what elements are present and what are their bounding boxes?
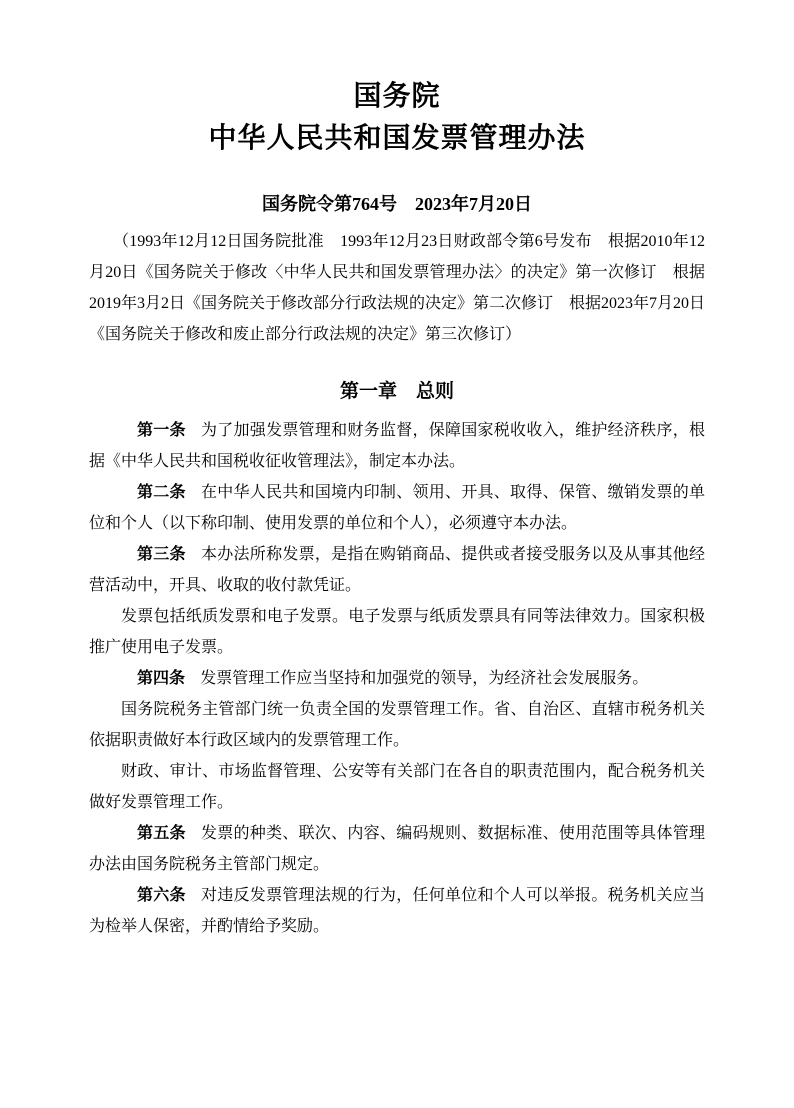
document-page: 国务院 中华人民共和国发票管理办法 国务院令第764号 2023年7月20日 （…: [0, 0, 794, 1108]
articles-section: 第一条为了加强发票管理和财务监督，保障国家税收收入，维护经济秩序，根据《中华人民…: [89, 415, 705, 942]
revision-history: （1993年12月12日国务院批准 1993年12月23日财政部令第6号发布 根…: [89, 226, 705, 350]
article-label: 第四条: [137, 670, 185, 687]
article-continuation-paragraph: 发票包括纸质发票和电子发票。电子发票与纸质发票具有同等法律效力。国家积极推广使用…: [89, 601, 705, 663]
article-continuation-paragraph: 财政、审计、市场监督管理、公安等有关部门在各自的职责范围内，配合税务机关做好发票…: [89, 756, 705, 818]
article-paragraph: 第六条对违反发票管理法规的行为，任何单位和个人可以举报。税务机关应当为检举人保密…: [89, 880, 705, 942]
article-paragraph: 第一条为了加强发票管理和财务监督，保障国家税收收入，维护经济秩序，根据《中华人民…: [89, 415, 705, 477]
article-paragraph: 第三条本办法所称发票，是指在购销商品、提供或者接受服务以及从事其他经营活动中，开…: [89, 539, 705, 601]
chapter-heading: 第一章 总则: [89, 376, 705, 407]
article-label: 第三条: [137, 546, 186, 563]
article-label: 第五条: [137, 825, 186, 842]
article-label: 第一条: [137, 422, 186, 439]
article-label: 第六条: [137, 887, 186, 904]
article-continuation-paragraph: 国务院税务主管部门统一负责全国的发票管理工作。省、自治区、直辖市税务机关依据职责…: [89, 694, 705, 756]
article-label: 第二条: [137, 484, 186, 501]
article-paragraph: 第二条在中华人民共和国境内印制、领用、开具、取得、保管、缴销发票的单位和个人（以…: [89, 477, 705, 539]
decree-line: 国务院令第764号 2023年7月20日: [89, 191, 705, 217]
article-paragraph: 第四条发票管理工作应当坚持和加强党的领导，为经济社会发展服务。: [89, 663, 705, 694]
article-paragraph: 第五条发票的种类、联次、内容、编码规则、数据标准、使用范围等具体管理办法由国务院…: [89, 818, 705, 880]
doc-title-line1: 国务院: [89, 76, 705, 118]
doc-title-line2: 中华人民共和国发票管理办法: [89, 118, 705, 160]
